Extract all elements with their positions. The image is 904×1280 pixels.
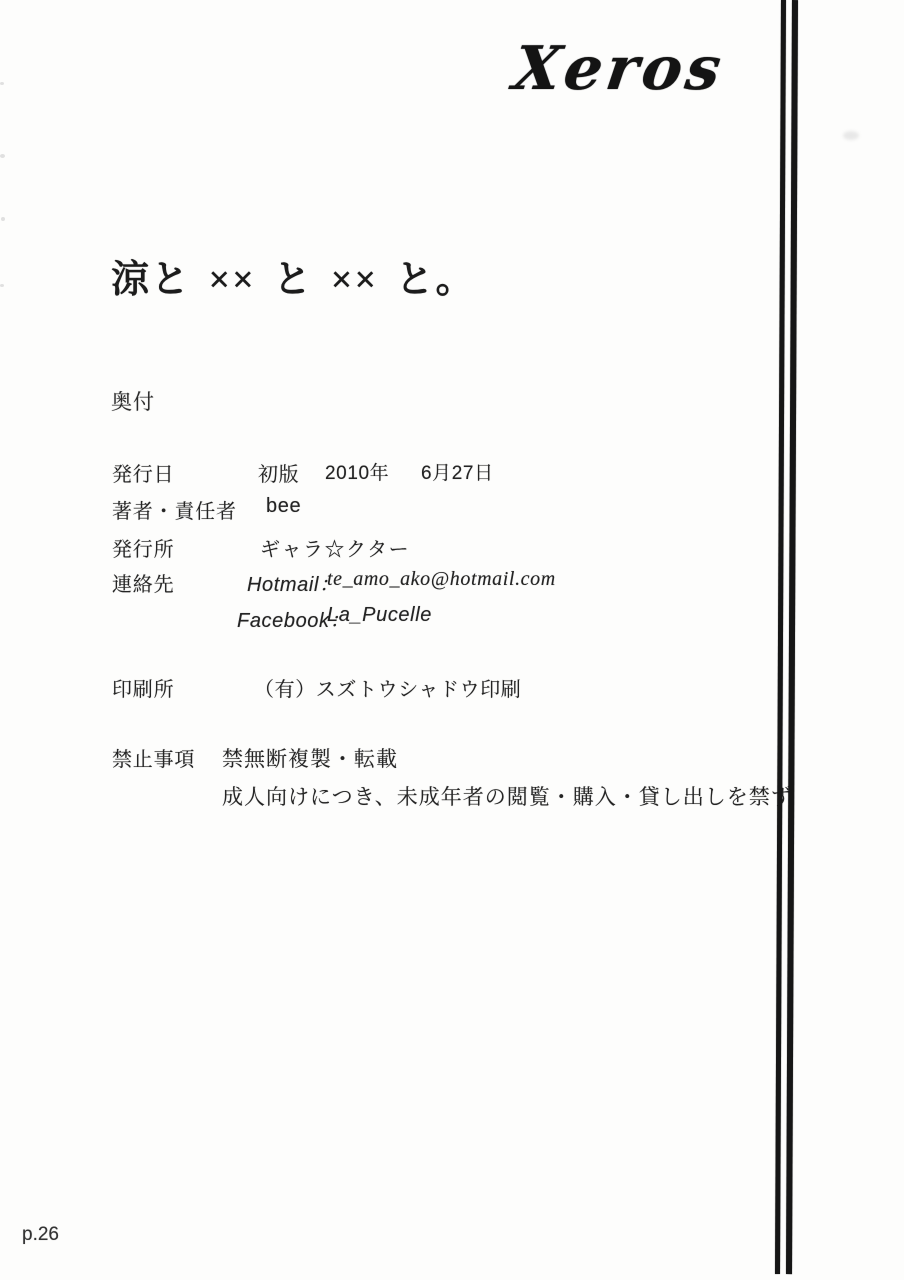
printer-label: 印刷所 — [112, 673, 174, 702]
publisher-label: 発行所 — [112, 533, 174, 562]
row-publish-date: 発行日 初版 2010年 6月27日 — [0, 458, 904, 484]
contact-hotmail-label: Hotmail： — [247, 568, 340, 597]
publish-date-day: 6月27日 — [421, 458, 494, 485]
scan-speck — [0, 154, 5, 158]
row-contact-facebook: Facebook： La_Pucelle — [0, 604, 904, 630]
publish-date-edition: 初版 — [258, 458, 299, 487]
contact-hotmail-value: te_amo_ako@hotmail.com — [327, 568, 556, 591]
scan-speck — [0, 82, 4, 85]
contact-label: 連絡先 — [112, 568, 174, 597]
scan-speck — [0, 284, 4, 287]
row-printer: 印刷所 （有）スズトウシャドウ印刷 — [0, 673, 904, 699]
row-prohibition: 禁止事項 禁無断複製・転載 — [0, 743, 904, 769]
colophon-heading: 奥付 — [111, 386, 155, 416]
printer-value: （有）スズトウシャドウ印刷 — [254, 673, 521, 702]
book-title: 涼と ×× と ×× と。 — [111, 248, 476, 303]
contact-facebook-value: La_Pucelle — [327, 604, 432, 627]
author-value: bee — [266, 495, 301, 518]
circle-logo-text: Xeros — [509, 34, 729, 104]
binding-rule-right — [786, 0, 798, 1274]
row-contact-hotmail: 連絡先 Hotmail： te_amo_ako@hotmail.com — [0, 568, 904, 594]
publisher-value: ギャラ☆クター — [260, 533, 410, 562]
row-prohibition-2: 成人向けにつき、未成年者の閲覧・購入・貸し出しを禁ず — [0, 781, 904, 807]
prohibition-line1: 禁無断複製・転載 — [222, 743, 398, 773]
page-number: p.26 — [22, 1224, 59, 1246]
binding-rule-left — [775, 0, 786, 1274]
row-publisher: 発行所 ギャラ☆クター — [0, 533, 904, 559]
scan-smudge — [843, 131, 859, 140]
publish-date-year: 2010年 — [325, 458, 389, 485]
binding-rules — [775, 0, 801, 1274]
prohibition-line2: 成人向けにつき、未成年者の閲覧・購入・貸し出しを禁ず — [222, 781, 793, 811]
prohibition-label: 禁止事項 — [112, 743, 195, 772]
row-author: 著者・責任者 bee — [0, 495, 904, 521]
scan-speck — [1, 217, 5, 221]
author-label: 著者・責任者 — [112, 495, 237, 524]
scanned-colophon-page: Xeros 涼と ×× と ×× と。 奥付 発行日 初版 2010年 6月27… — [0, 0, 904, 1280]
publish-date-label: 発行日 — [112, 458, 174, 487]
